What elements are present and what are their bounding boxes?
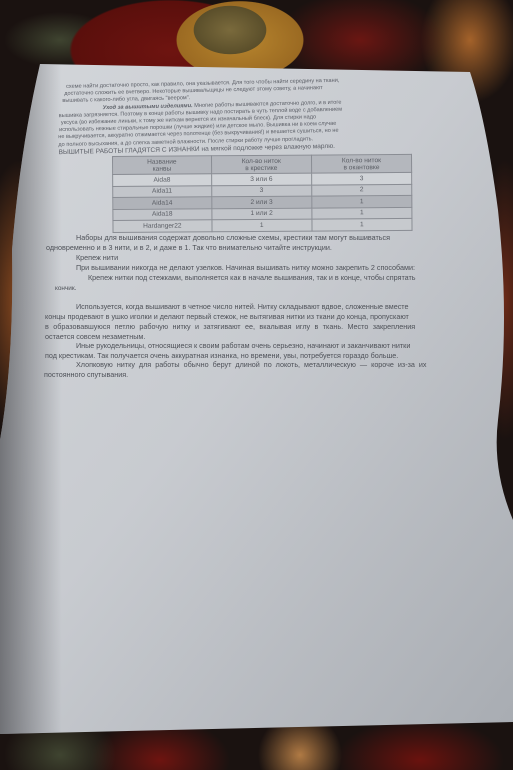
fastening-intro: При вышивании никогда не делают узелков.… [76, 263, 415, 272]
fastening-method-1: Крепеж нитки под стежками, выполняется к… [88, 273, 416, 282]
table-cell: Aida11 [113, 185, 212, 197]
paragraph-cotton: Хлопковую нитку для работы обычно берут … [76, 360, 427, 369]
table-cell: 1 [312, 207, 412, 219]
table-cell: Aida14 [113, 197, 212, 209]
thread-count-table: Названиеканвы Кол-во нитокв крестике Кол… [112, 154, 413, 233]
document-content: схеме найти достаточно просто, как прави… [0, 0, 513, 770]
fastening-heading: Крепеж нити [76, 253, 118, 262]
table-cell: 1 [312, 195, 412, 207]
table-cell: 2 [312, 184, 412, 196]
paragraph-even: остается совсем незаметным. [45, 332, 145, 341]
fastening-method-1: кончик. [55, 284, 76, 293]
table-header: Кол-во нитокв крестике [211, 155, 311, 174]
paragraph-cotton: постоянного спутывания. [44, 370, 128, 379]
table-cell: 2 или 3 [211, 196, 311, 208]
table-cell: 3 или 6 [211, 173, 311, 185]
table-header-row: Названиеканвы Кол-во нитокв крестике Кол… [113, 154, 412, 174]
table-cell: 1 или 2 [212, 208, 312, 220]
table-cell: 1 [212, 219, 312, 231]
table-cell: 3 [311, 172, 411, 184]
table-cell: 1 [312, 218, 412, 230]
paragraph-even: концы продевают в ушко иголки и делают п… [45, 312, 409, 321]
table-cell: Aida8 [113, 174, 212, 186]
table-cell: 3 [211, 185, 311, 197]
table-cell: Aida18 [113, 208, 212, 220]
table-header: Кол-во нитокв окантовке [311, 154, 411, 173]
top-text-block: схеме найти достаточно просто, как прави… [62, 78, 343, 156]
paragraph-even: в образовавшуюся петлю рабочую нитку и з… [45, 322, 415, 331]
paragraph-other: под крестикам. Так получается очень акку… [45, 351, 398, 360]
paragraph-other: Иные рукодельницы, относящиеся к своим р… [76, 341, 410, 350]
paragraph-sets: одновременно и в 3 нити, и в 2, и даже в… [46, 243, 332, 252]
table-row: Hardanger22 1 1 [113, 218, 412, 232]
paragraph-sets: Наборы для вышивания содержат довольно с… [76, 233, 390, 242]
table-header: Названиеканвы [113, 156, 212, 175]
table-cell: Hardanger22 [113, 220, 212, 232]
paragraph-even: Используется, когда вышивают в четное чи… [76, 302, 409, 311]
